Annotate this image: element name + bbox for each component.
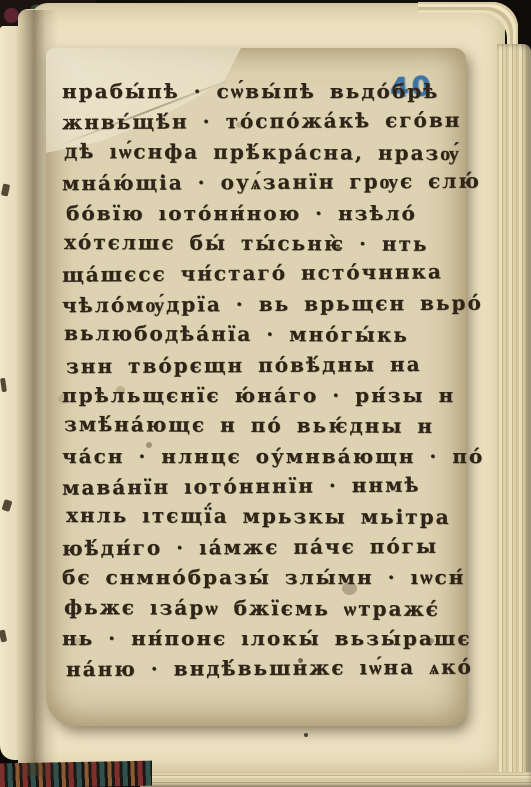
text-line: на́ню · вндѣ́вьшнжє ıѡ́на ѧко́	[66, 652, 454, 685]
ink-bleed-mark	[1, 499, 12, 512]
text-line: хо́тєлшє бы́ ты́сьнѥ̀ · нть	[64, 227, 454, 259]
ink-bleed-mark	[0, 378, 7, 393]
ink-bleed-mark	[0, 630, 7, 643]
text-line: бє снмно́бразы́ злы́мн · ıѡсн́	[62, 562, 454, 592]
text-block: нрабы́пѣ · сѡ́вы́пѣ вьдо́брѣ жнвь́щѣ́н ·…	[62, 76, 454, 684]
text-line: юѣ́дн́го · ıа́мжє па́чє по́гы	[62, 531, 454, 564]
manuscript-photo: 40 нрабы́пѣ · сѡ́вы́пѣ вьдо́брѣ жнвь́щѣ́…	[0, 0, 531, 787]
text-line: змѣ́на́ющє н по́ вьѥ́дны н	[64, 409, 454, 441]
text-line: чѣло́мѹ́дрїа · вь врьщєн вьро́	[62, 288, 454, 321]
text-line: дѣ ıѡ́снфа прѣ́кра́сна, нразѹ́	[64, 136, 454, 168]
ink-bleed-mark	[1, 183, 10, 196]
manuscript-page: 40 нрабы́пѣ · сѡ́вы́пѣ вьдо́брѣ жнвь́щѣ́…	[46, 48, 466, 726]
text-line: фьжє ıза́рѡ бжїємь ѡтражє́	[64, 592, 454, 624]
text-line: ча́сн · нлнцє оу́мнва́ющн · по́	[62, 441, 454, 471]
text-line: мава́нїн ıото́нннїн · ннмѣ	[62, 469, 454, 503]
text-line: нрабы́пѣ · сѡ́вы́пѣ вьдо́брѣ	[62, 76, 454, 106]
text-line: бо́вїю ıото́нн́ною · нзѣло́	[66, 198, 454, 228]
text-line: нь · нн́понє ıлокы́ вьзы́рашє	[62, 623, 454, 653]
text-line: ща́шєсє чн́стаго́ нсто́чннка	[62, 257, 454, 291]
text-line: знн тво́рєщн по́вѣ́дны на	[66, 348, 454, 381]
fore-edge-stack-bottom	[140, 772, 531, 787]
text-line: вьлюбодѣа́нїа · мно́гы́кь	[64, 318, 454, 350]
text-line: жнвь́щѣ́н · то́спо́жа́кѣ єго́вн	[62, 105, 454, 138]
text-line: прѣльщєнїє ю́на́го · рн́зы н	[62, 380, 454, 410]
text-line: мна́ю́щіа · оуѧ́занїн грѹє єлю́	[62, 166, 454, 199]
text-line: хнль ıтєщї́а мрьзкы мьітра	[66, 500, 454, 532]
fore-edge-stack-right	[497, 44, 531, 784]
marbled-cover-bottom-left	[0, 761, 152, 787]
